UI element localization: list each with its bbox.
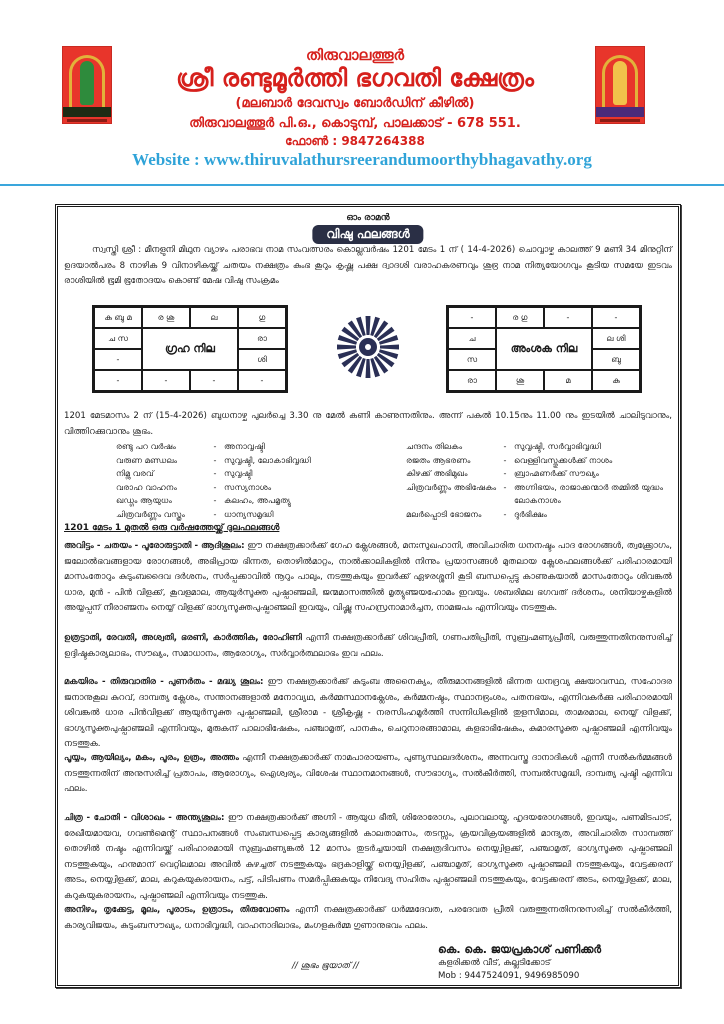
trait-dash: - bbox=[206, 441, 224, 451]
letterhead: തിരുവാലത്തൂർ ശ്രീ രണ്ടുമൂർത്തി ഭഗവതി ക്ഷ… bbox=[0, 0, 724, 190]
trait-row: ലോകനാശം bbox=[406, 495, 561, 506]
amsaka-nila-chart: - ര ഗു - - ച സ അംശക നില ല ശി ബു രാ ശു മ … bbox=[446, 305, 642, 393]
trait-row: രജതം ആഭരണം-വെള്ളിവസ്തുക്കൾക്ക് നാശം bbox=[406, 455, 612, 466]
chart-cell: ശു bbox=[496, 370, 544, 391]
image-caption bbox=[600, 119, 640, 122]
chart-cell: - bbox=[94, 349, 142, 370]
chart-cell: - bbox=[94, 370, 142, 391]
prediction-text: ഈ നക്ഷത്രക്കാർക്ക് അഗ്നി - ആയുധ ഭീതി, ശി… bbox=[64, 813, 672, 901]
deity-image-left bbox=[62, 46, 112, 124]
trait-dash: - bbox=[496, 468, 514, 478]
trait-value: കലഹം, അപമൃത്യു bbox=[224, 495, 291, 505]
sun-burst-icon bbox=[336, 315, 400, 379]
chart-cell: - bbox=[592, 307, 640, 328]
document-title: വിഷു ഫലങ്ങൾ bbox=[312, 225, 423, 244]
kani-muhurtham: 1201 മേടമാസം 2 ന് (15-4-2026) ബുധനാഴ്ച പ… bbox=[64, 409, 672, 440]
header-divider bbox=[0, 184, 724, 186]
deity-base bbox=[63, 107, 111, 117]
prediction-stars: ഉത്രട്ടാതി, രേവതി, അശ്വതി, ഭരണി, കാർത്തി… bbox=[64, 633, 302, 643]
trait-key: ചിത്രവർണ്ണം വസ്ത്രം bbox=[116, 509, 206, 520]
chart-center-label: അംശക നില bbox=[496, 328, 592, 370]
trait-value: സസ്യനാശം bbox=[224, 482, 271, 492]
trait-row: രണ്ടു പറ വർഷം-അനാവൃഷ്ടി bbox=[116, 441, 265, 452]
prediction-paragraph: ഉത്രട്ടാതി, രേവതി, അശ്വതി, ഭരണി, കാർത്തി… bbox=[64, 631, 672, 662]
trait-key: നിമ്നു വരവ് bbox=[116, 468, 206, 479]
trait-value: സുവൃഷ്ടി, സർവ്വാഭിവൃദ്ധി bbox=[514, 441, 601, 451]
trait-row: കിഴക്ക് അഭിമുഖം-ബ്രാഹ്മണർക്ക് സൗഖ്യം bbox=[406, 468, 599, 479]
prediction-stars: പൂയ്യം, ആയില്യം, മകം, പൂരം, ഉത്രം, അത്തം bbox=[64, 753, 239, 763]
trait-key: രണ്ടു പറ വർഷം bbox=[116, 441, 206, 452]
chart-cell: - bbox=[190, 370, 238, 391]
trait-value: വെള്ളിവസ്തുക്കൾക്ക് നാശം bbox=[514, 455, 612, 465]
prediction-paragraph: പൂയ്യം, ആയില്യം, മകം, പൂരം, ഉത്രം, അത്തം… bbox=[64, 751, 672, 798]
trait-dash: - bbox=[496, 441, 514, 451]
trait-dash: - bbox=[206, 455, 224, 465]
chart-cell: - bbox=[142, 370, 190, 391]
chart-cell: ല ശി bbox=[592, 328, 640, 349]
chart-cell: രാ bbox=[448, 370, 496, 391]
trait-dash: - bbox=[206, 495, 224, 505]
prediction-text: ഈ നക്ഷത്രക്കാർക്ക് ഗേഹ ക്ലേശങ്ങൾ, മനഃസുഖ… bbox=[64, 541, 672, 613]
chart-cell: ഗു bbox=[238, 307, 286, 328]
astrologer-house: കളരിക്കൽ വീട്, കല്ലടിക്കോട് bbox=[438, 957, 601, 970]
astrologer-name: കെ. കെ. ജയപ്രകാശ് പണിക്കർ bbox=[438, 943, 601, 957]
trait-key: മലർപ്പൊടി ഭോജനം bbox=[406, 509, 496, 520]
trait-value: സുവൃഷ്ടി bbox=[224, 468, 252, 478]
chart-cell: സ bbox=[448, 349, 496, 370]
chart-cell: ശി bbox=[238, 349, 286, 370]
intro-paragraph: സ്വസ്തി ശ്രീ : മീനളുനി മിഥുന വ്യാഴം പരാഭ… bbox=[64, 243, 672, 290]
trait-value: ധാന്യസമൃദ്ധി bbox=[224, 509, 274, 519]
trait-value: അഗ്നിഭയം, രാജാക്കന്മാർ തമ്മിൽ യുദ്ധം bbox=[514, 482, 663, 492]
chart-cell: കു bbox=[592, 370, 640, 391]
chart-cell: ച bbox=[448, 328, 496, 349]
deity-figure bbox=[613, 61, 627, 105]
trait-value: ദുർഭിക്ഷം bbox=[514, 509, 547, 519]
graha-nila-chart: കു ബു മ ര ശു ല ഗു ച സ - ഗ്രഹ നില രാ ശി -… bbox=[92, 305, 288, 393]
trait-value: ബ്രാഹ്മണർക്ക് സൗഖ്യം bbox=[514, 468, 599, 478]
trait-value: ലോകനാശം bbox=[514, 495, 561, 505]
trait-dash: - bbox=[496, 455, 514, 465]
trait-value: അനാവൃഷ്ടി bbox=[224, 441, 265, 451]
blessing-line: // ശുഭം ഭൂയാത് // bbox=[292, 961, 359, 971]
temple-phone: ഫോൺ : 9847264388 bbox=[120, 134, 590, 149]
trait-row: ചന്ദനം തിലകം-സുവൃഷ്ടി, സർവ്വാഭിവൃദ്ധി bbox=[406, 441, 601, 452]
trait-row: ഖഡ്ഗം ആയുധം-കലഹം, അപമൃത്യു bbox=[116, 495, 291, 506]
document-subtitle: ഓം രാമൻ bbox=[64, 213, 672, 223]
website-link[interactable]: Website : www.thiruvalathursreerandumoor… bbox=[0, 150, 724, 170]
signature-block: കെ. കെ. ജയപ്രകാശ് പണിക്കർ കളരിക്കൽ വീട്,… bbox=[438, 943, 601, 983]
vishu-phalangal-document: ഓം രാമൻ വിഷു ഫലങ്ങൾ സ്വസ്തി ശ്രീ : മീനളു… bbox=[55, 204, 681, 988]
trait-dash: - bbox=[496, 509, 514, 519]
prediction-paragraph: അനിഴം, തൃക്കേട്ട, മൂലം, പൂരാടം, ഉത്രാടം,… bbox=[64, 903, 672, 934]
prediction-paragraph: മകയിരം - തിരുവാതിര - പുണർതം - മദ്ധ്യ ശൂല… bbox=[64, 675, 672, 753]
deity-base bbox=[596, 107, 644, 117]
chart-cell: മ bbox=[544, 370, 592, 391]
trait-key: കിഴക്ക് അഭിമുഖം bbox=[406, 468, 496, 479]
trait-row: ചിത്രവർണ്ണം വസ്ത്രം-ധാന്യസമൃദ്ധി bbox=[116, 509, 274, 520]
image-caption bbox=[67, 119, 107, 122]
trait-row: വരുണ മണ്ഡലം-സുവൃഷ്ടി, ലോകാഭിവൃദ്ധി bbox=[116, 455, 311, 466]
trait-key: രജതം ആഭരണം bbox=[406, 455, 496, 466]
trait-dash: - bbox=[206, 468, 224, 478]
prediction-paragraph: ചിത്ര - ചോതി - വിശാഖം - അന്ത്യശൂലം: ഈ നക… bbox=[64, 811, 672, 904]
deity-image-right bbox=[595, 46, 645, 124]
astrologer-mobile: Mob : 9447524091, 9496985090 bbox=[438, 970, 601, 983]
chart-cell: ല bbox=[190, 307, 238, 328]
trait-key: ചന്ദനം തിലകം bbox=[406, 441, 496, 452]
chart-cell: ച സ bbox=[94, 328, 142, 349]
trait-row: നിമ്നു വരവ്-സുവൃഷ്ടി bbox=[116, 468, 252, 479]
chart-center-label: ഗ്രഹ നില bbox=[142, 328, 238, 370]
prediction-stars: മകയിരം - തിരുവാതിര - പുണർതം - മദ്ധ്യ ശൂല… bbox=[64, 677, 264, 687]
devaswom-board: (മലബാർ ദേവസ്വം ബോർഡിന് കീഴിൽ) bbox=[120, 96, 590, 111]
chart-cell: - bbox=[544, 307, 592, 328]
trait-dash: - bbox=[206, 509, 224, 519]
prediction-paragraph: അവിട്ടം - ചതയം - പൂരോരുട്ടാതി - ആദിശൂലം:… bbox=[64, 539, 672, 617]
prediction-text: ഈ നക്ഷത്രക്കാർക്ക് കുടുംബ അനൈക്യം, തീരുമ… bbox=[64, 677, 672, 749]
prediction-stars: അനിഴം, തൃക്കേട്ട, മൂലം, പൂരാടം, ഉത്രാടം,… bbox=[64, 905, 289, 915]
chart-cell: ബു bbox=[592, 349, 640, 370]
deity-figure bbox=[80, 61, 94, 105]
temple-address: തിരുവാലത്തൂർ പി.ഒ., കൊടുമ്പ്, പാലക്കാട് … bbox=[120, 116, 590, 131]
trait-value: സുവൃഷ്ടി, ലോകാഭിവൃദ്ധി bbox=[224, 455, 311, 465]
trait-row: ചിത്രവർണ്ണം അഭിഷേകം-അഗ്നിഭയം, രാജാക്കന്മ… bbox=[406, 482, 663, 493]
trait-key: വരുണ മണ്ഡലം bbox=[116, 455, 206, 466]
trait-row: വരാഹ വാഹനം-സസ്യനാശം bbox=[116, 482, 271, 493]
chart-cell: ര ശു bbox=[142, 307, 190, 328]
chart-cell: കു ബു മ bbox=[94, 307, 142, 328]
prediction-stars: ചിത്ര - ചോതി - വിശാഖം - അന്ത്യശൂലം: bbox=[64, 813, 224, 823]
trait-row: മലർപ്പൊടി ഭോജനം-ദുർഭിക്ഷം bbox=[406, 509, 547, 520]
trait-key: വരാഹ വാഹനം bbox=[116, 482, 206, 493]
letterhead-place: തിരുവാലത്തൂർ bbox=[120, 46, 590, 64]
prediction-stars: അവിട്ടം - ചതയം - പൂരോരുട്ടാതി - ആദിശൂലം: bbox=[64, 541, 245, 551]
chart-cell: - bbox=[448, 307, 496, 328]
trait-dash: - bbox=[206, 482, 224, 492]
section-heading: 1201 മേടം 1 മുതൽ ഒരു വർഷത്തേയ്ക്ക് ദുലഫല… bbox=[64, 523, 279, 533]
chart-cell: രാ bbox=[238, 328, 286, 349]
chart-cell: - bbox=[238, 370, 286, 391]
trait-key: ചിത്രവർണ്ണം അഭിഷേകം bbox=[406, 482, 496, 493]
temple-name: ശ്രീ രണ്ടുമൂർത്തി ഭഗവതി ക്ഷേത്രം bbox=[120, 64, 590, 92]
trait-key: ഖഡ്ഗം ആയുധം bbox=[116, 495, 206, 506]
chart-cell: ര ഗു bbox=[496, 307, 544, 328]
trait-dash: - bbox=[496, 482, 514, 492]
